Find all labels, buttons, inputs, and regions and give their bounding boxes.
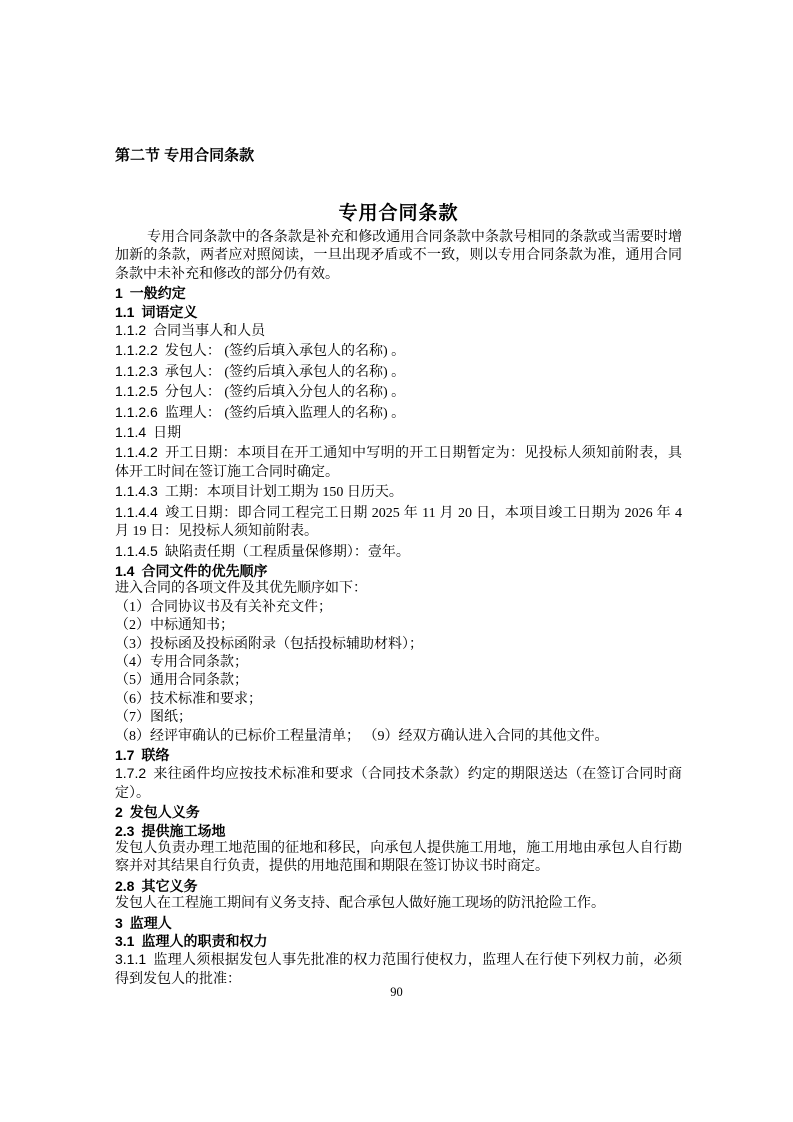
- clause-text: （1）合同协议书及有关补充文件；: [115, 600, 332, 615]
- clause-paragraph: 发包人在工程施工期间有义务支持、配合承包人做好施工现场的防汛抢险工作。: [115, 895, 682, 913]
- clause-text: （7）图纸；: [115, 710, 192, 725]
- clause-paragraph: 1.7.2来往函件均应按技术标准和要求（合同技术条款）约定的期限送达（在签订合同…: [115, 764, 682, 803]
- clause-text: 发包人在工程施工期间有义务支持、配合承包人做好施工现场的防汛抢险工作。: [115, 896, 605, 911]
- clause-number: 1.1.4.5: [115, 543, 158, 559]
- clause-text: 其它义务: [141, 878, 197, 894]
- clause-number: 3.1: [115, 933, 134, 949]
- clause-number: 1.1.2.3: [115, 363, 158, 379]
- clause-text: 开工日期：本项目在开工通知中写明的开工日期暂定为：见投标人须知前附表，具体开工时…: [115, 446, 682, 479]
- clause-paragraph: （7）图纸；: [115, 709, 682, 727]
- clause-number: 2.3: [115, 823, 134, 839]
- clause-paragraph: （8）经评审确认的已标价工程量清单； （9）经双方确认进入合同的其他文件。: [115, 728, 682, 746]
- clause-text: 提供施工场地: [141, 823, 225, 839]
- clause-heading: 2.8其它义务: [115, 877, 682, 895]
- clause-paragraph: （3）投标函及投标函附录（包括投标辅助材料）；: [115, 636, 682, 654]
- clause-number: 1.7.2: [115, 765, 146, 781]
- clause-text: 发包人负责办理工地范围的征地和移民，向承包人提供施工用地，施工用地由承包人自行勘…: [115, 841, 682, 874]
- clause-heading: 2.3提供施工场地: [115, 822, 682, 840]
- clause-number: 1.1.2: [115, 322, 146, 338]
- clause-paragraph: 1.1.2.2发包人： (签约后填入承包人的名称) 。: [115, 341, 682, 361]
- clause-number: 3.1.1: [115, 951, 146, 967]
- document-title: 专用合同条款: [115, 202, 682, 226]
- clause-paragraph: （5）通用合同条款；: [115, 672, 682, 690]
- clause-paragraph: 发包人负责办理工地范围的征地和移民，向承包人提供施工用地，施工用地由承包人自行勘…: [115, 840, 682, 877]
- clause-heading: 1.7联络: [115, 746, 682, 764]
- clause-text: （8）经评审确认的已标价工程量清单； （9）经双方确认进入合同的其他文件。: [115, 729, 609, 744]
- clause-text: 发包人： (签约后填入承包人的名称) 。: [165, 344, 405, 359]
- clause-paragraph: （4）专用合同条款；: [115, 654, 682, 672]
- clause-heading: 1.4合同文件的优先顺序: [115, 562, 682, 580]
- clause-text: 监理人的职责和权力: [141, 933, 267, 949]
- clause-text: 监理人须根据发包人事先批准的权力范围行使权力，监理人在行使下列权力前，必须得到发…: [115, 953, 682, 986]
- clause-paragraph: （6）技术标准和要求；: [115, 691, 682, 709]
- clause-paragraph: 1.1.4日期: [115, 423, 682, 443]
- clause-number: 1.1.2.6: [115, 404, 158, 420]
- clause-text: （3）投标函及投标函附录（包括投标辅助材料）；: [115, 637, 423, 652]
- clause-paragraph: 1.1.4.2开工日期：本项目在开工通知中写明的开工日期暂定为：见投标人须知前附…: [115, 443, 682, 482]
- clause-number: 2.8: [115, 878, 134, 894]
- intro-paragraph: 专用合同条款中的各条款是补充和修改通用合同条款中条款号相同的条款或当需要时增加新…: [115, 229, 682, 284]
- clause-text: 缺陷责任期（工程质量保修期）：壹年。: [165, 545, 410, 560]
- clause-heading: 3监理人: [115, 914, 682, 932]
- clause-paragraph: 1.1.2合同当事人和人员: [115, 321, 682, 341]
- clause-paragraph: 1.1.2.6监理人： (签约后填入监理人的名称) 。: [115, 403, 682, 423]
- clause-text: （4）专用合同条款；: [115, 655, 248, 670]
- clause-paragraph: 1.1.4.4竣工日期：即合同工程完工日期 2025 年 11 月 20 日，本…: [115, 503, 682, 542]
- clause-text: 承包人： (签约后填入承包人的名称) 。: [165, 365, 405, 380]
- clause-number: 1.1.4: [115, 424, 146, 440]
- clause-paragraph: 1.1.4.3工期：本项目计划工期为 150 日历天。: [115, 482, 682, 502]
- clause-number: 1.1.4.3: [115, 483, 158, 499]
- clause-text: 竣工日期：即合同工程完工日期 2025 年 11 月 20 日，本项目竣工日期为…: [115, 506, 682, 539]
- clause-paragraph: 1.1.4.5缺陷责任期（工程质量保修期）：壹年。: [115, 542, 682, 562]
- clause-text: 联络: [141, 747, 169, 763]
- clause-number: 2: [115, 804, 123, 820]
- clause-text: 监理人： (签约后填入监理人的名称) 。: [165, 406, 405, 421]
- clause-text: 发包人义务: [130, 804, 200, 820]
- clause-number: 1.1.4.2: [115, 444, 158, 460]
- clause-paragraph: 1.1.2.3承包人： (签约后填入承包人的名称) 。: [115, 362, 682, 382]
- clause-text: 一般约定: [130, 285, 186, 301]
- document-content: 第二节 专用合同条款 专用合同条款 专用合同条款中的各条款是补充和修改通用合同条…: [115, 146, 682, 989]
- clause-heading: 1一般约定: [115, 284, 682, 302]
- clause-text: 进入合同的各项文件及其优先顺序如下：: [115, 581, 367, 596]
- clause-text: （5）通用合同条款；: [115, 673, 248, 688]
- clause-number: 1: [115, 285, 123, 301]
- clause-number: 1.1.2.2: [115, 342, 158, 358]
- clause-text: 工期：本项目计划工期为 150 日历天。: [165, 485, 403, 500]
- clause-text: 监理人: [130, 915, 172, 931]
- clause-text: 合同当事人和人员: [153, 324, 265, 339]
- clause-number: 1.1.2.5: [115, 383, 158, 399]
- clause-number: 1.1: [115, 304, 134, 320]
- clause-text: 日期: [153, 426, 181, 441]
- clause-heading: 1.1词语定义: [115, 303, 682, 321]
- clause-text: 分包人： (签约后填入分包人的名称) 。: [165, 385, 405, 400]
- clause-number: 1.4: [115, 563, 134, 579]
- clause-paragraph: 1.1.2.5分包人： (签约后填入分包人的名称) 。: [115, 382, 682, 402]
- clause-paragraph: （2）中标通知书；: [115, 617, 682, 635]
- clause-number: 1.7: [115, 747, 134, 763]
- clause-number: 1.1.4.4: [115, 504, 158, 520]
- clause-list: 1一般约定1.1词语定义1.1.2合同当事人和人员1.1.2.2发包人： (签约…: [115, 284, 682, 989]
- clause-text: （6）技术标准和要求；: [115, 692, 262, 707]
- clause-paragraph: 进入合同的各项文件及其优先顺序如下：: [115, 580, 682, 598]
- page-number: 90: [0, 984, 793, 1000]
- clause-text: 合同文件的优先顺序: [141, 563, 267, 579]
- document-page: 第二节 专用合同条款 专用合同条款 专用合同条款中的各条款是补充和修改通用合同条…: [0, 0, 793, 1122]
- clause-heading: 2发包人义务: [115, 803, 682, 821]
- clause-heading: 3.1监理人的职责和权力: [115, 932, 682, 950]
- clause-text: （2）中标通知书；: [115, 618, 234, 633]
- clause-text: 词语定义: [141, 304, 197, 320]
- clause-paragraph: （1）合同协议书及有关补充文件；: [115, 599, 682, 617]
- section-heading: 第二节 专用合同条款: [115, 146, 682, 166]
- clause-number: 3: [115, 915, 123, 931]
- clause-text: 来往函件均应按技术标准和要求（合同技术条款）约定的期限送达（在签订合同时商定）。: [115, 767, 682, 800]
